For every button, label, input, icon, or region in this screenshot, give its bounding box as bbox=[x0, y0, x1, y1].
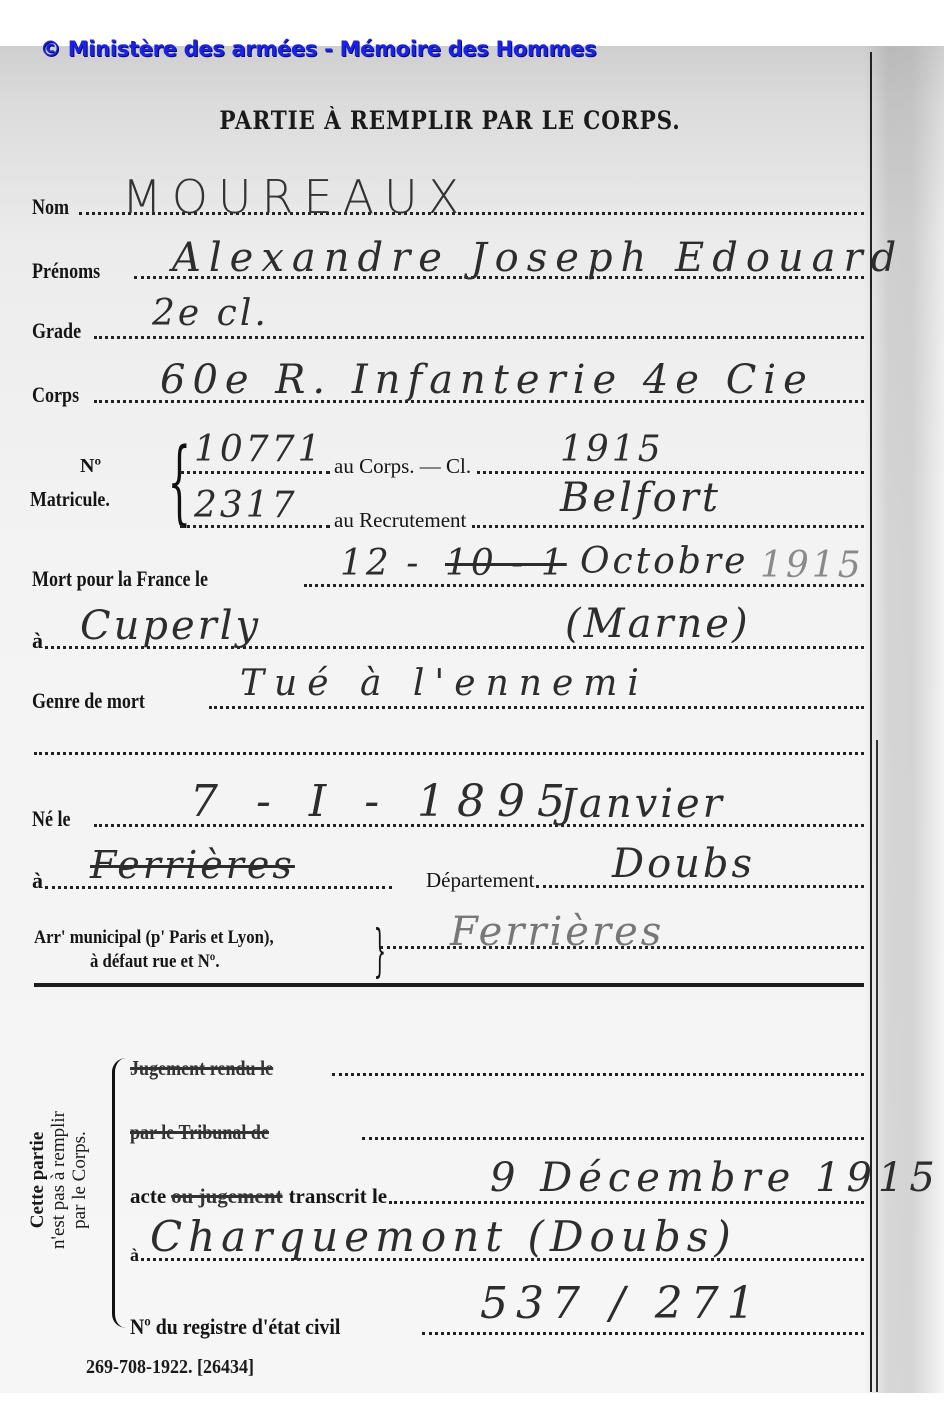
jugement-label: Jugement rendu le bbox=[130, 1058, 302, 1079]
lieu-transcription-label: à bbox=[130, 1246, 139, 1264]
lieu-transcription-value: Charquemont (Doubs) bbox=[150, 1216, 737, 1258]
lieu-naissance-struck: Ferrières bbox=[90, 846, 295, 884]
matricule-label-no: Nº bbox=[80, 456, 101, 477]
form-title: PARTIE À REMPLIR PAR LE CORPS. bbox=[63, 106, 837, 135]
side-note-line2: n'est pas à remplir bbox=[49, 1070, 70, 1290]
section-divider bbox=[34, 983, 864, 987]
lieu-mort-dept: (Marne) bbox=[565, 604, 751, 644]
matricule-corps-value: 10771 bbox=[194, 432, 324, 468]
prenoms-value: Alexandre Joseph Edouard bbox=[172, 238, 904, 278]
acte-label-a: acte bbox=[130, 1186, 166, 1207]
acte-label-struck: ou jugement bbox=[171, 1186, 282, 1207]
mort-date: 12 - bbox=[340, 546, 421, 582]
arrondissement-label-1: Arr' municipal (p' Paris et Lyon), bbox=[34, 928, 274, 948]
prenoms-label: Prénoms bbox=[32, 260, 114, 282]
arrondissement-label-2: à défaut rue et Nº. bbox=[90, 952, 220, 972]
acte-value: 9 Décembre 1915 bbox=[490, 1158, 941, 1198]
recrutement-place: Belfort bbox=[560, 478, 721, 518]
lieu-mort-label: à bbox=[32, 630, 43, 652]
acte-label-b: transcrit le bbox=[289, 1186, 388, 1207]
dotted-line bbox=[209, 706, 864, 709]
arrondissement-brace: } bbox=[374, 924, 386, 980]
naissance-month: Janvier bbox=[560, 784, 725, 824]
genre-mort-value: Tué à l'ennemi bbox=[240, 666, 649, 702]
registre-value: 537 / 271 bbox=[480, 1282, 763, 1326]
recrutement-value: 2317 bbox=[194, 488, 298, 524]
matricule-corps-label: au Corps. — Cl. bbox=[334, 456, 471, 477]
side-brace bbox=[112, 1058, 127, 1328]
dotted-line bbox=[472, 525, 864, 528]
corps-label: Corps bbox=[32, 384, 81, 406]
naissance-label: Né le bbox=[32, 808, 81, 830]
dotted-line bbox=[389, 1201, 864, 1204]
grade-value: 2e cl. bbox=[152, 296, 269, 332]
arrondissement-value: Ferrières bbox=[450, 912, 664, 952]
naissance-value: 7 - I - 1895 bbox=[190, 780, 577, 824]
classe-value: 1915 bbox=[560, 432, 664, 468]
mort-date-struck: 10 - 1 bbox=[445, 546, 567, 582]
dotted-line bbox=[94, 336, 864, 339]
matricule-label: Matricule. bbox=[30, 488, 110, 510]
mort-label: Mort pour la France le bbox=[32, 568, 253, 590]
copyright-watermark: © Ministère des armées - Mémoire des Hom… bbox=[40, 37, 596, 61]
field-blank bbox=[32, 752, 864, 758]
side-note-line3: par le Corps. bbox=[70, 1070, 91, 1290]
lieu-naissance-label: à bbox=[32, 870, 43, 892]
side-note: Cette partie n'est pas à remplir par le … bbox=[28, 1070, 91, 1290]
registre-label: Nº du registre d'état civil bbox=[130, 1316, 391, 1338]
nom-value: MOUREAUX bbox=[122, 174, 469, 220]
dotted-line bbox=[477, 471, 864, 474]
departement-label: Département bbox=[426, 870, 534, 891]
dotted-line bbox=[34, 752, 864, 755]
print-reference: 269-708-1922. [26434] bbox=[86, 1356, 254, 1379]
dotted-line bbox=[332, 1073, 864, 1076]
departement-value: Doubs bbox=[612, 844, 755, 884]
lieu-mort-value: Cuperly bbox=[80, 606, 261, 646]
grade-label: Grade bbox=[32, 320, 81, 342]
tribunal-label: par le Tribunal de bbox=[130, 1122, 328, 1143]
dotted-line bbox=[362, 1137, 864, 1140]
nom-label: Nom bbox=[32, 196, 69, 218]
genre-mort-label: Genre de mort bbox=[32, 690, 176, 712]
dotted-line bbox=[422, 1332, 864, 1335]
recrutement-label: au Recrutement bbox=[334, 510, 466, 531]
mort-month: Octobre bbox=[580, 544, 748, 580]
mort-year: 1915 bbox=[760, 548, 864, 584]
corps-value: 60e R. Infanterie 4e Cie bbox=[160, 360, 814, 400]
field-jugement: Jugement rendu le bbox=[130, 1058, 864, 1079]
side-note-line1: Cette partie bbox=[28, 1070, 49, 1290]
dotted-line bbox=[180, 471, 330, 474]
field-tribunal: par le Tribunal de bbox=[130, 1122, 864, 1143]
right-margin-rule-inner bbox=[876, 740, 878, 1392]
